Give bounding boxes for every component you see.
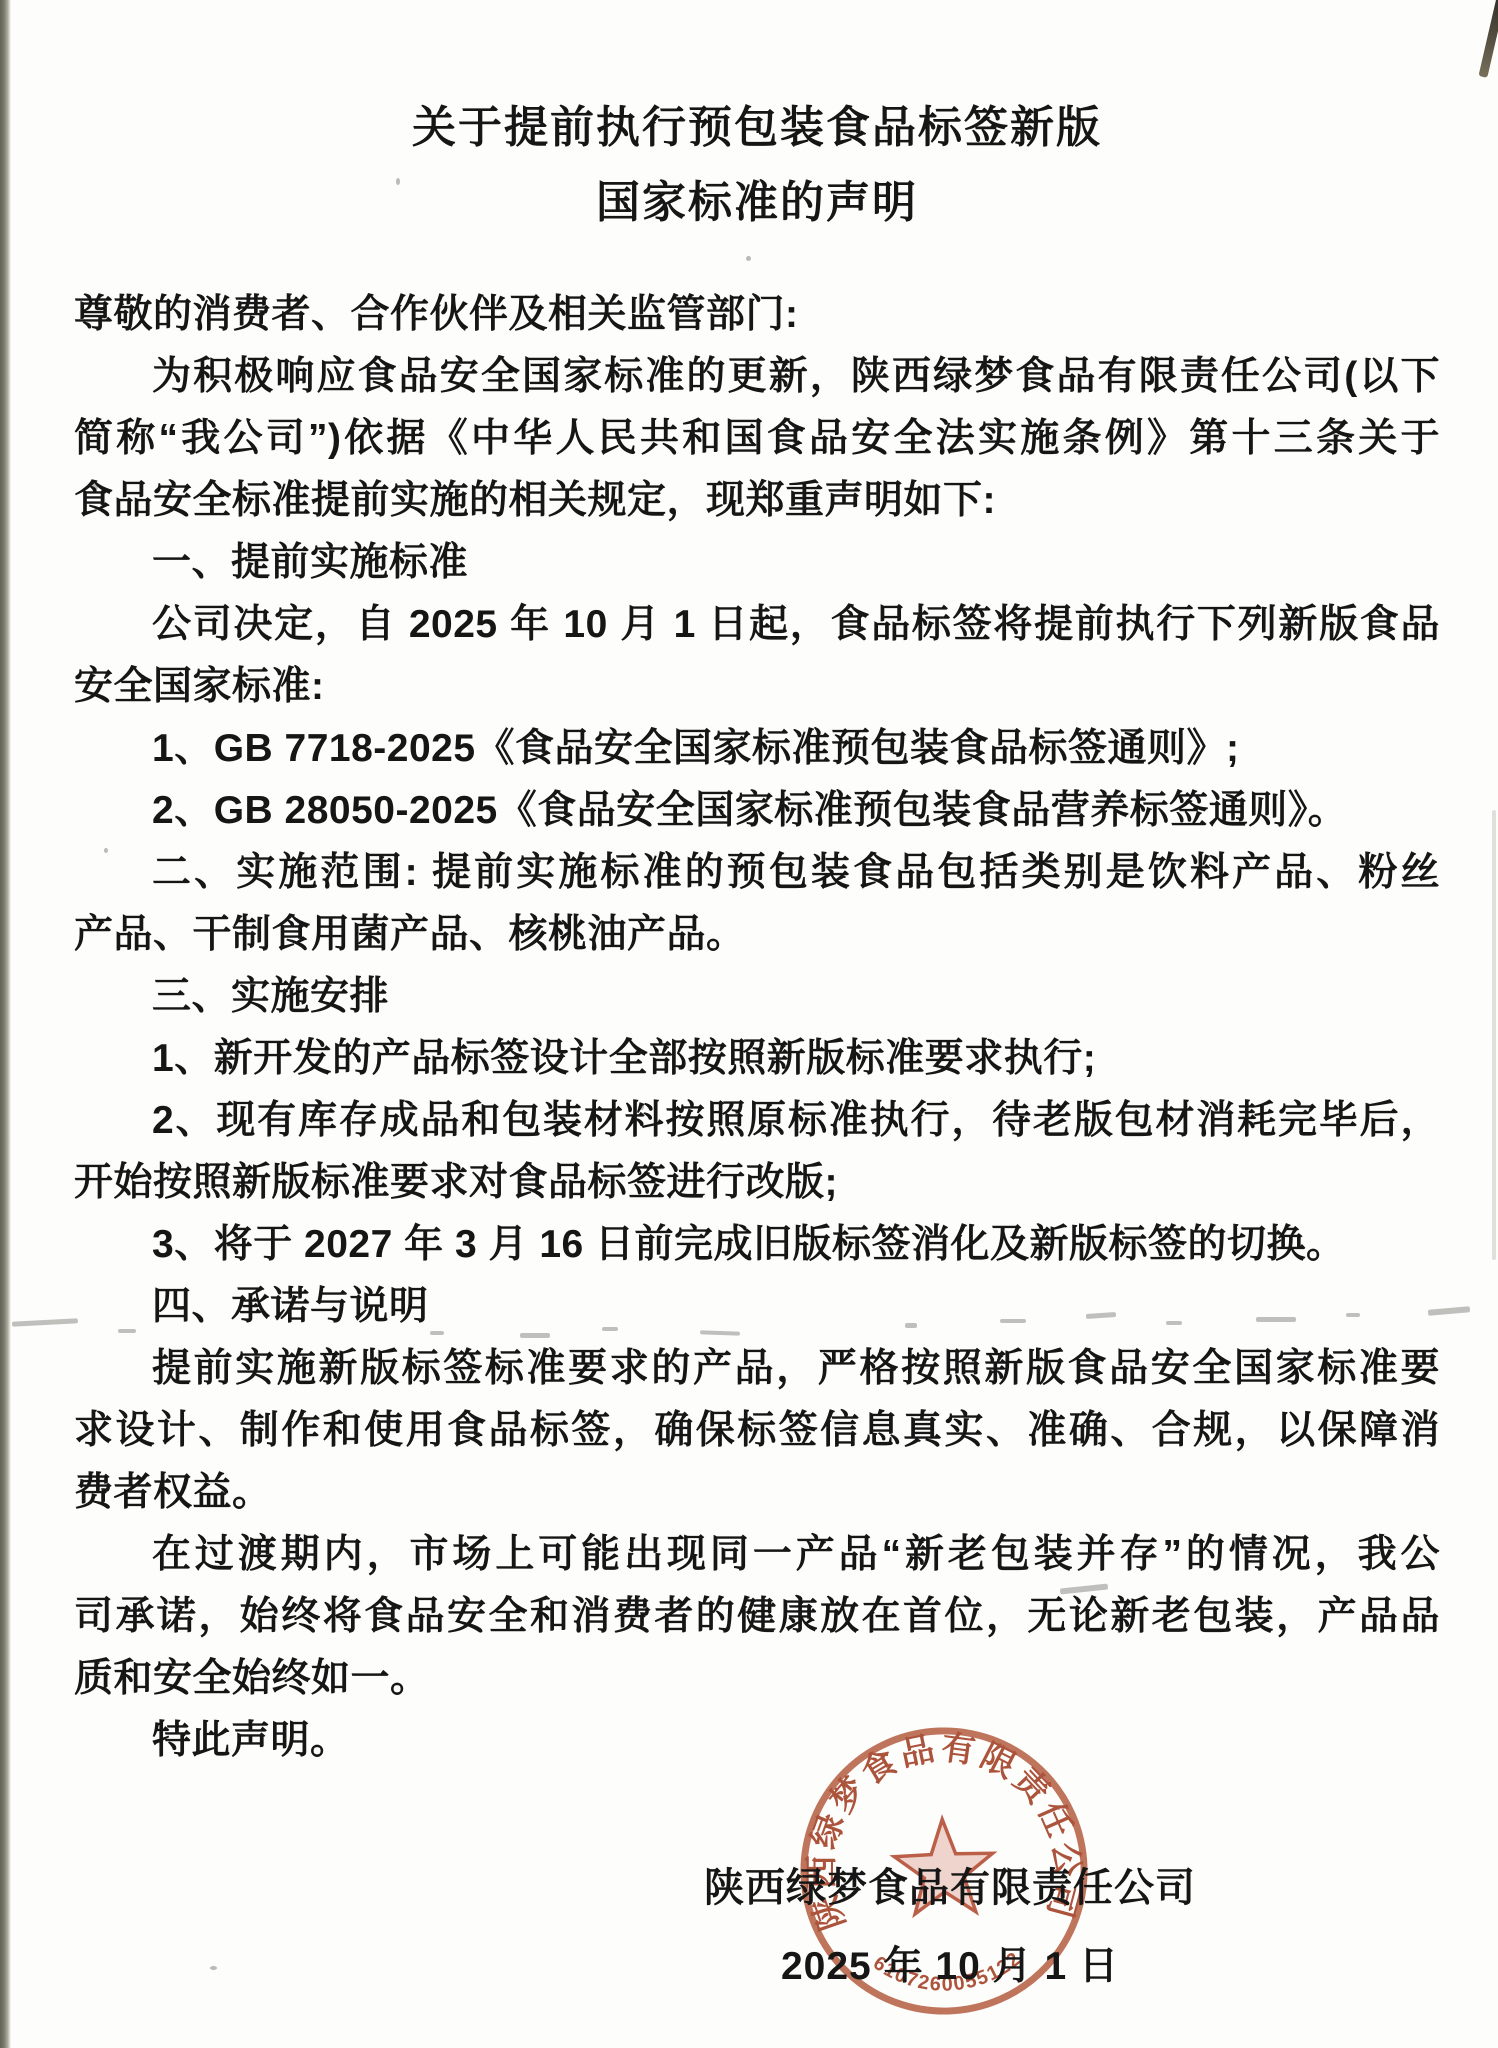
scanned-document-page: 陕西绿梦食品有限责任公司 6107260055122 关于提前执行预包装食品标签…: [0, 0, 1498, 2048]
title-line-1: 关于提前执行预包装食品标签新版: [74, 90, 1440, 165]
doc-line: 简称“我公司”)依据《中华人民共和国食品安全法实施条例》第十三条关于: [74, 408, 1440, 470]
signature-company: 陕西绿梦食品有限责任公司: [688, 1856, 1212, 1913]
doc-line: 费者权益。: [74, 1462, 1440, 1524]
doc-line: 求设计、制作和使用食品标签，确保标签信息真实、准确、合规，以保障消: [74, 1400, 1440, 1462]
scan-edge-left: [0, 0, 11, 2048]
section-heading: 四、承诺与说明: [74, 1276, 1440, 1338]
doc-line: 食品安全标准提前实施的相关规定，现郑重声明如下:: [74, 470, 1440, 532]
document-title: 关于提前执行预包装食品标签新版 国家标准的声明: [74, 90, 1440, 240]
doc-line: 质和安全始终如一。: [74, 1648, 1440, 1710]
section-heading: 二、实施范围: 提前实施标准的预包装食品包括类别是饮料产品、粉丝: [74, 842, 1440, 904]
title-line-2: 国家标准的声明: [74, 165, 1440, 240]
doc-line: 1、新开发的产品标签设计全部按照新版标准要求执行;: [74, 1028, 1440, 1090]
doc-line: 提前实施新版标签标准要求的产品，严格按照新版食品安全国家标准要: [74, 1338, 1440, 1400]
doc-line: 公司决定，自 2025 年 10 月 1 日起，食品标签将提前执行下列新版食品: [74, 594, 1440, 656]
doc-line: 开始按照新版标准要求对食品标签进行改版;: [74, 1152, 1440, 1214]
document-body: 尊敬的消费者、合作伙伴及相关监管部门: 为积极响应食品安全国家标准的更新，陕西绿…: [74, 284, 1440, 1772]
scan-corner-mark: [1478, 0, 1498, 78]
doc-line: 2、GB 28050-2025《食品安全国家标准预包装食品营养标签通则》。: [74, 780, 1440, 842]
signature-date: 2025 年 10 月 1 日: [688, 1935, 1212, 1991]
doc-line: 为积极响应食品安全国家标准的更新，陕西绿梦食品有限责任公司(以下: [74, 346, 1440, 408]
section-heading: 三、实施安排: [74, 966, 1440, 1028]
doc-line: 司承诺，始终将食品安全和消费者的健康放在首位，无论新老包装，产品品: [74, 1586, 1440, 1648]
closing-line: 特此声明。: [74, 1710, 1440, 1772]
section-heading: 一、提前实施标准: [74, 532, 1440, 594]
scan-edge-right: [1492, 810, 1496, 1260]
signature-block: 陕西绿梦食品有限责任公司 2025 年 10 月 1 日: [688, 1856, 1212, 1991]
doc-line: 在过渡期内，市场上可能出现同一产品“新老包装并存”的情况，我公: [74, 1524, 1440, 1586]
salutation-line: 尊敬的消费者、合作伙伴及相关监管部门:: [74, 284, 1440, 346]
document-content: 关于提前执行预包装食品标签新版 国家标准的声明 尊敬的消费者、合作伙伴及相关监管…: [74, 0, 1440, 1772]
doc-line: 产品、干制食用菌产品、核桃油产品。: [74, 904, 1440, 966]
doc-line: 2、现有库存成品和包装材料按照原标准执行，待老版包材消耗完毕后，: [74, 1090, 1440, 1152]
doc-line: 1、GB 7718-2025《食品安全国家标准预包装食品标签通则》;: [74, 718, 1440, 780]
doc-line: 安全国家标准:: [74, 656, 1440, 718]
doc-line: 3、将于 2027 年 3 月 16 日前完成旧版标签消化及新版标签的切换。: [74, 1214, 1440, 1276]
